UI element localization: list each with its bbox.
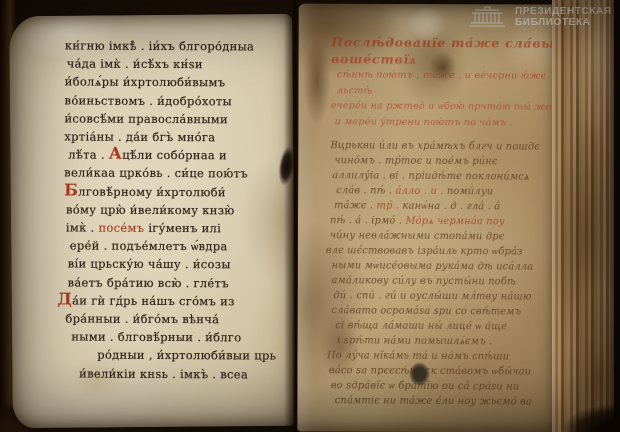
ink-text: ва́со ѕа прєєсѣ́нь ск ста́вомъ ѡбы́чаи	[329, 365, 531, 377]
rubric-text: тр́ .	[377, 201, 400, 212]
ink-text: пѣ́ . а́ . ірмо́ .	[330, 215, 406, 227]
text-line: вели́каа црко́вь . си́це пою́тъ	[64, 164, 280, 183]
ink-text: влє шє́ствовавъ ізра́иль крто ѡбра́з	[326, 245, 523, 257]
ink-text: імк̀ .	[66, 220, 99, 234]
text-line: ві́и црьску́ю ча́шу . и́созы	[68, 255, 280, 274]
text-line: во ѕдра́вїє ѡ бра́тїю ои са́ сра́ѕи ни	[331, 378, 557, 395]
text-line: ама́ликову си́лу въ пусты́ни побѣ	[332, 273, 558, 290]
ink-text: ди́ . спи́ . ги́ и оуслы́ши мл́тву на́шю	[333, 290, 531, 302]
library-watermark: ПРЕЗИДЕНТСКАЯ БИБЛИОТЕКА	[466, 5, 612, 29]
ink-text: и́вели́кіи кнѕь . імкъ̀ . всеа	[79, 366, 248, 381]
ink-text: ере́й . подъе́млетъ ѡ́вдра	[70, 239, 228, 254]
ink-text: лговѣ́рному и́хртолюби́	[78, 184, 226, 199]
text-line: во́иньствомъ . и́добро́хоты	[65, 91, 281, 110]
text-line: сла́в . пѣ́ . а́лло . и . поми́луи	[336, 183, 558, 200]
text-line: лѣ́та . Ацѣ́ли собо́рнаа и	[68, 146, 280, 165]
text-line: и́совсѣ́ми правосла́вными	[64, 109, 280, 128]
text-line: сі вѣ́ща ла́маши ны́ лице́ ѡ а́ще	[335, 318, 557, 335]
rubric-text: а́лло . и .	[395, 186, 443, 197]
ink-text: сі вѣ́ща ла́маши ны́ лице́ ѡ а́ще	[335, 320, 507, 332]
text-line: та́жє . тр́ . канѡ́на . д . гла́ . а́	[334, 198, 558, 215]
ink-text: ными мѡисе́овыма рука́ма дѣ иса́лла	[332, 260, 534, 272]
library-watermark-text: ПРЕЗИДЕНТСКАЯ БИБЛИОТЕКА	[515, 6, 612, 29]
book-fore-edge	[552, 0, 614, 432]
text-line: ечере́и на ржтво̀ и ѡбою̀ прчто́ю ты́ же	[331, 98, 559, 115]
text-line: и́болѧ́ры и́хртолюби́вымъ	[65, 73, 281, 92]
rubric-text: Мо́рѧ чермна́а поу	[405, 216, 504, 228]
rubric-text: и мере́и у́трени пою́тъ по ча́мъ .	[335, 116, 513, 128]
text-line: Послѣ́дованїе та́же сла́вы воше́ствїѧ	[331, 33, 559, 69]
text-line: ными мѡисе́овыма рука́ма дѣ иса́лла	[332, 258, 558, 275]
text-line: імк̀ . посе́мъ ігу́менъ илі	[66, 218, 280, 237]
ink-text: ама́ликову си́лу въ пусты́ни побѣ	[332, 275, 516, 287]
watermark-line-1: ПРЕЗИДЕНТСКАЯ	[515, 6, 612, 18]
text-line: аллилу́іа . ві . пріидѣ́те поклони́мсѧ	[332, 168, 558, 185]
text-line: Да́и гѝ гд́рь на́шъ сго́мъ из	[57, 291, 279, 310]
text-line: влє шє́ствовавъ ізра́иль крто ѡбра́з	[326, 243, 558, 260]
rubric-text: Послѣ́дованїе та́же сла́вы воше́ствїѧ	[331, 34, 555, 67]
ink-text: лѣ́та .	[68, 148, 109, 162]
ink-text: и́болѧ́ры и́хртолюби́вымъ	[65, 75, 226, 90]
ink-text: сла́в . пѣ́ .	[336, 185, 395, 196]
ink-text: а́и гѝ гд́рь на́шъ сго́мъ из	[72, 293, 235, 308]
ink-text: кн́гню імкѣ̀ . іи́хъ блгоро́дныа	[65, 38, 254, 53]
photo-corner-shadow	[540, 396, 620, 432]
text-line: хртіа́ны . да́и бгъ̀ мно́га	[64, 127, 280, 146]
text-line: кн́гню імкѣ̀ . іи́хъ блгоро́дныа	[65, 36, 281, 55]
rubric-text: сѣ́ннѣ пою́тъ , та́же , и ве́черни ю́же …	[337, 69, 546, 96]
text-line: ере́й . подъе́млетъ ѡ́вдра	[70, 237, 280, 256]
text-line: и мере́и у́трени пою́тъ по ча́мъ .	[335, 114, 559, 131]
text-line: По лу́ча нїка́мь та́ и на́мъ спѣ́ши	[327, 348, 557, 365]
text-line: ди́ . спи́ . ги́ и оуслы́ши мл́тву на́шю	[333, 288, 557, 305]
text-line: ро́дныи , и́хртолюби́выи црь	[97, 346, 279, 365]
ink-text: вели́каа црко́вь . си́це пою́тъ	[64, 166, 248, 181]
right-page-body: Вцрькви и́ли въ хра́мѣхъ блгч и пошдєчин…	[329, 138, 559, 410]
rubric-text: Б	[64, 180, 78, 199]
ink-text: во́иньствомъ . и́добро́хоты	[65, 93, 232, 108]
ink-text: чи́ну невла́жными стопа́ми дрє	[330, 230, 505, 242]
ink-text: ігу́менъ илі	[144, 221, 221, 235]
rubric-text: Д	[57, 289, 72, 308]
ink-text: та́жє .	[334, 200, 377, 211]
ink-text: ві́и црьску́ю ча́шу . и́созы	[68, 257, 231, 272]
text-line: сла́вато осрома́ѕа ѕри со свѣ́темъ	[331, 303, 557, 320]
ink-text: сла́вато осрома́ѕа ѕри со свѣ́темъ	[331, 305, 521, 317]
watermark-line-2: БИБЛИОТЕКА	[515, 17, 612, 29]
manuscript-photo: кн́гню імкѣ̀ . іи́хъ блгоро́дныача́да ім…	[0, 0, 620, 432]
ink-text: чино́мъ . тр́тоє и пое́мъ ри́нє	[334, 155, 497, 167]
text-line: спа́мтіє ни та́же є́ли ноу жьємо́ ва	[335, 393, 557, 410]
ink-text: цѣ́ли собо́рнаа и	[122, 148, 227, 163]
ink-text: ва́етъ бра́тию всю̀ . гле́тъ	[68, 275, 229, 290]
text-line: Вцрькви и́ли въ хра́мѣхъ блгч и пошдє	[330, 138, 558, 155]
ink-text: ро́дныи , и́хртолюби́выи црь	[97, 348, 276, 363]
ink-text: спа́мтіє ни та́же є́ли ноу жьємо́ ва	[335, 395, 532, 407]
right-page-heading: Послѣ́дованїе та́же сла́вы воше́ствїѧсѣ́…	[331, 33, 560, 131]
text-line: и́вели́кіи кнѕь . імкъ̀ . всеа	[79, 364, 279, 383]
ink-text: По лу́ча нїка́мь та́ и на́мъ спѣ́ши	[327, 350, 509, 362]
ink-text: и́совсѣ́ми правосла́вными	[64, 111, 228, 126]
library-building-logo	[466, 5, 508, 29]
ink-text: во́му црю̀ и́вели́кому кнзю̀	[66, 202, 235, 217]
text-line: і ѕрѣ́ти на́ми помышлѧ́ємъ .	[337, 333, 557, 350]
ink-text: ными . блговѣ́рныи . и́блго	[71, 330, 241, 345]
text-line: ча́да імк̀ . и́сѣ́хъ кн́ѕи	[67, 55, 281, 74]
ink-text: аллилу́іа . ві . пріидѣ́те поклони́мсѧ	[332, 170, 529, 182]
text-line: ными . блговѣ́рныи . и́блго	[71, 328, 279, 347]
ink-text: хртіа́ны . да́и бгъ̀ мно́га	[64, 129, 215, 144]
text-line: чино́мъ . тр́тоє и пое́мъ ри́нє	[334, 153, 558, 170]
ink-text: ча́да імк̀ . и́сѣ́хъ кн́ѕи	[67, 57, 203, 72]
text-line: чи́ну невла́жными стопа́ми дрє	[330, 228, 558, 245]
ink-text: Вцрькви и́ли въ хра́мѣхъ блгч и пошдє	[330, 140, 540, 152]
text-line: ва́со ѕа прєєсѣ́нь ск ста́вомъ ѡбы́чаи	[329, 363, 557, 380]
left-page-text: кн́гню імкѣ̀ . іи́хъ блгоро́дныача́да ім…	[63, 36, 281, 383]
ink-text: і ѕрѣ́ти на́ми помышлѧ́ємъ .	[337, 335, 492, 347]
ink-text: поми́луи	[444, 186, 494, 197]
ink-text: бра́нныи . и́бго́мъ вѣнча́	[65, 311, 219, 326]
text-line: Блговѣ́рному и́хртолюби́	[64, 182, 280, 201]
text-line: сѣ́ннѣ пою́тъ , та́же , и ве́черни ю́же …	[337, 67, 559, 100]
text-line: пѣ́ . а́ . ірмо́ . Мо́рѧ чермна́а поу	[330, 213, 558, 230]
right-page-text: Послѣ́дованїе та́же сла́вы воше́ствїѧсѣ́…	[329, 33, 560, 410]
rubric-text: А	[109, 144, 123, 163]
text-line: бра́нныи . и́бго́мъ вѣнча́	[65, 309, 279, 328]
photo-right-edge	[610, 0, 620, 432]
text-line: во́му црю̀ и́вели́кому кнзю̀	[66, 200, 280, 219]
rubric-text: ечере́и на ржтво̀ и ѡбою̀ прчто́ю ты́ же	[331, 100, 552, 113]
ink-text: канѡ́на . д . гла́ . а́	[399, 201, 500, 213]
rubric-text: посе́мъ	[98, 221, 144, 235]
ink-stamp	[409, 362, 430, 386]
text-line: ва́етъ бра́тию всю̀ . гле́тъ	[68, 273, 280, 292]
